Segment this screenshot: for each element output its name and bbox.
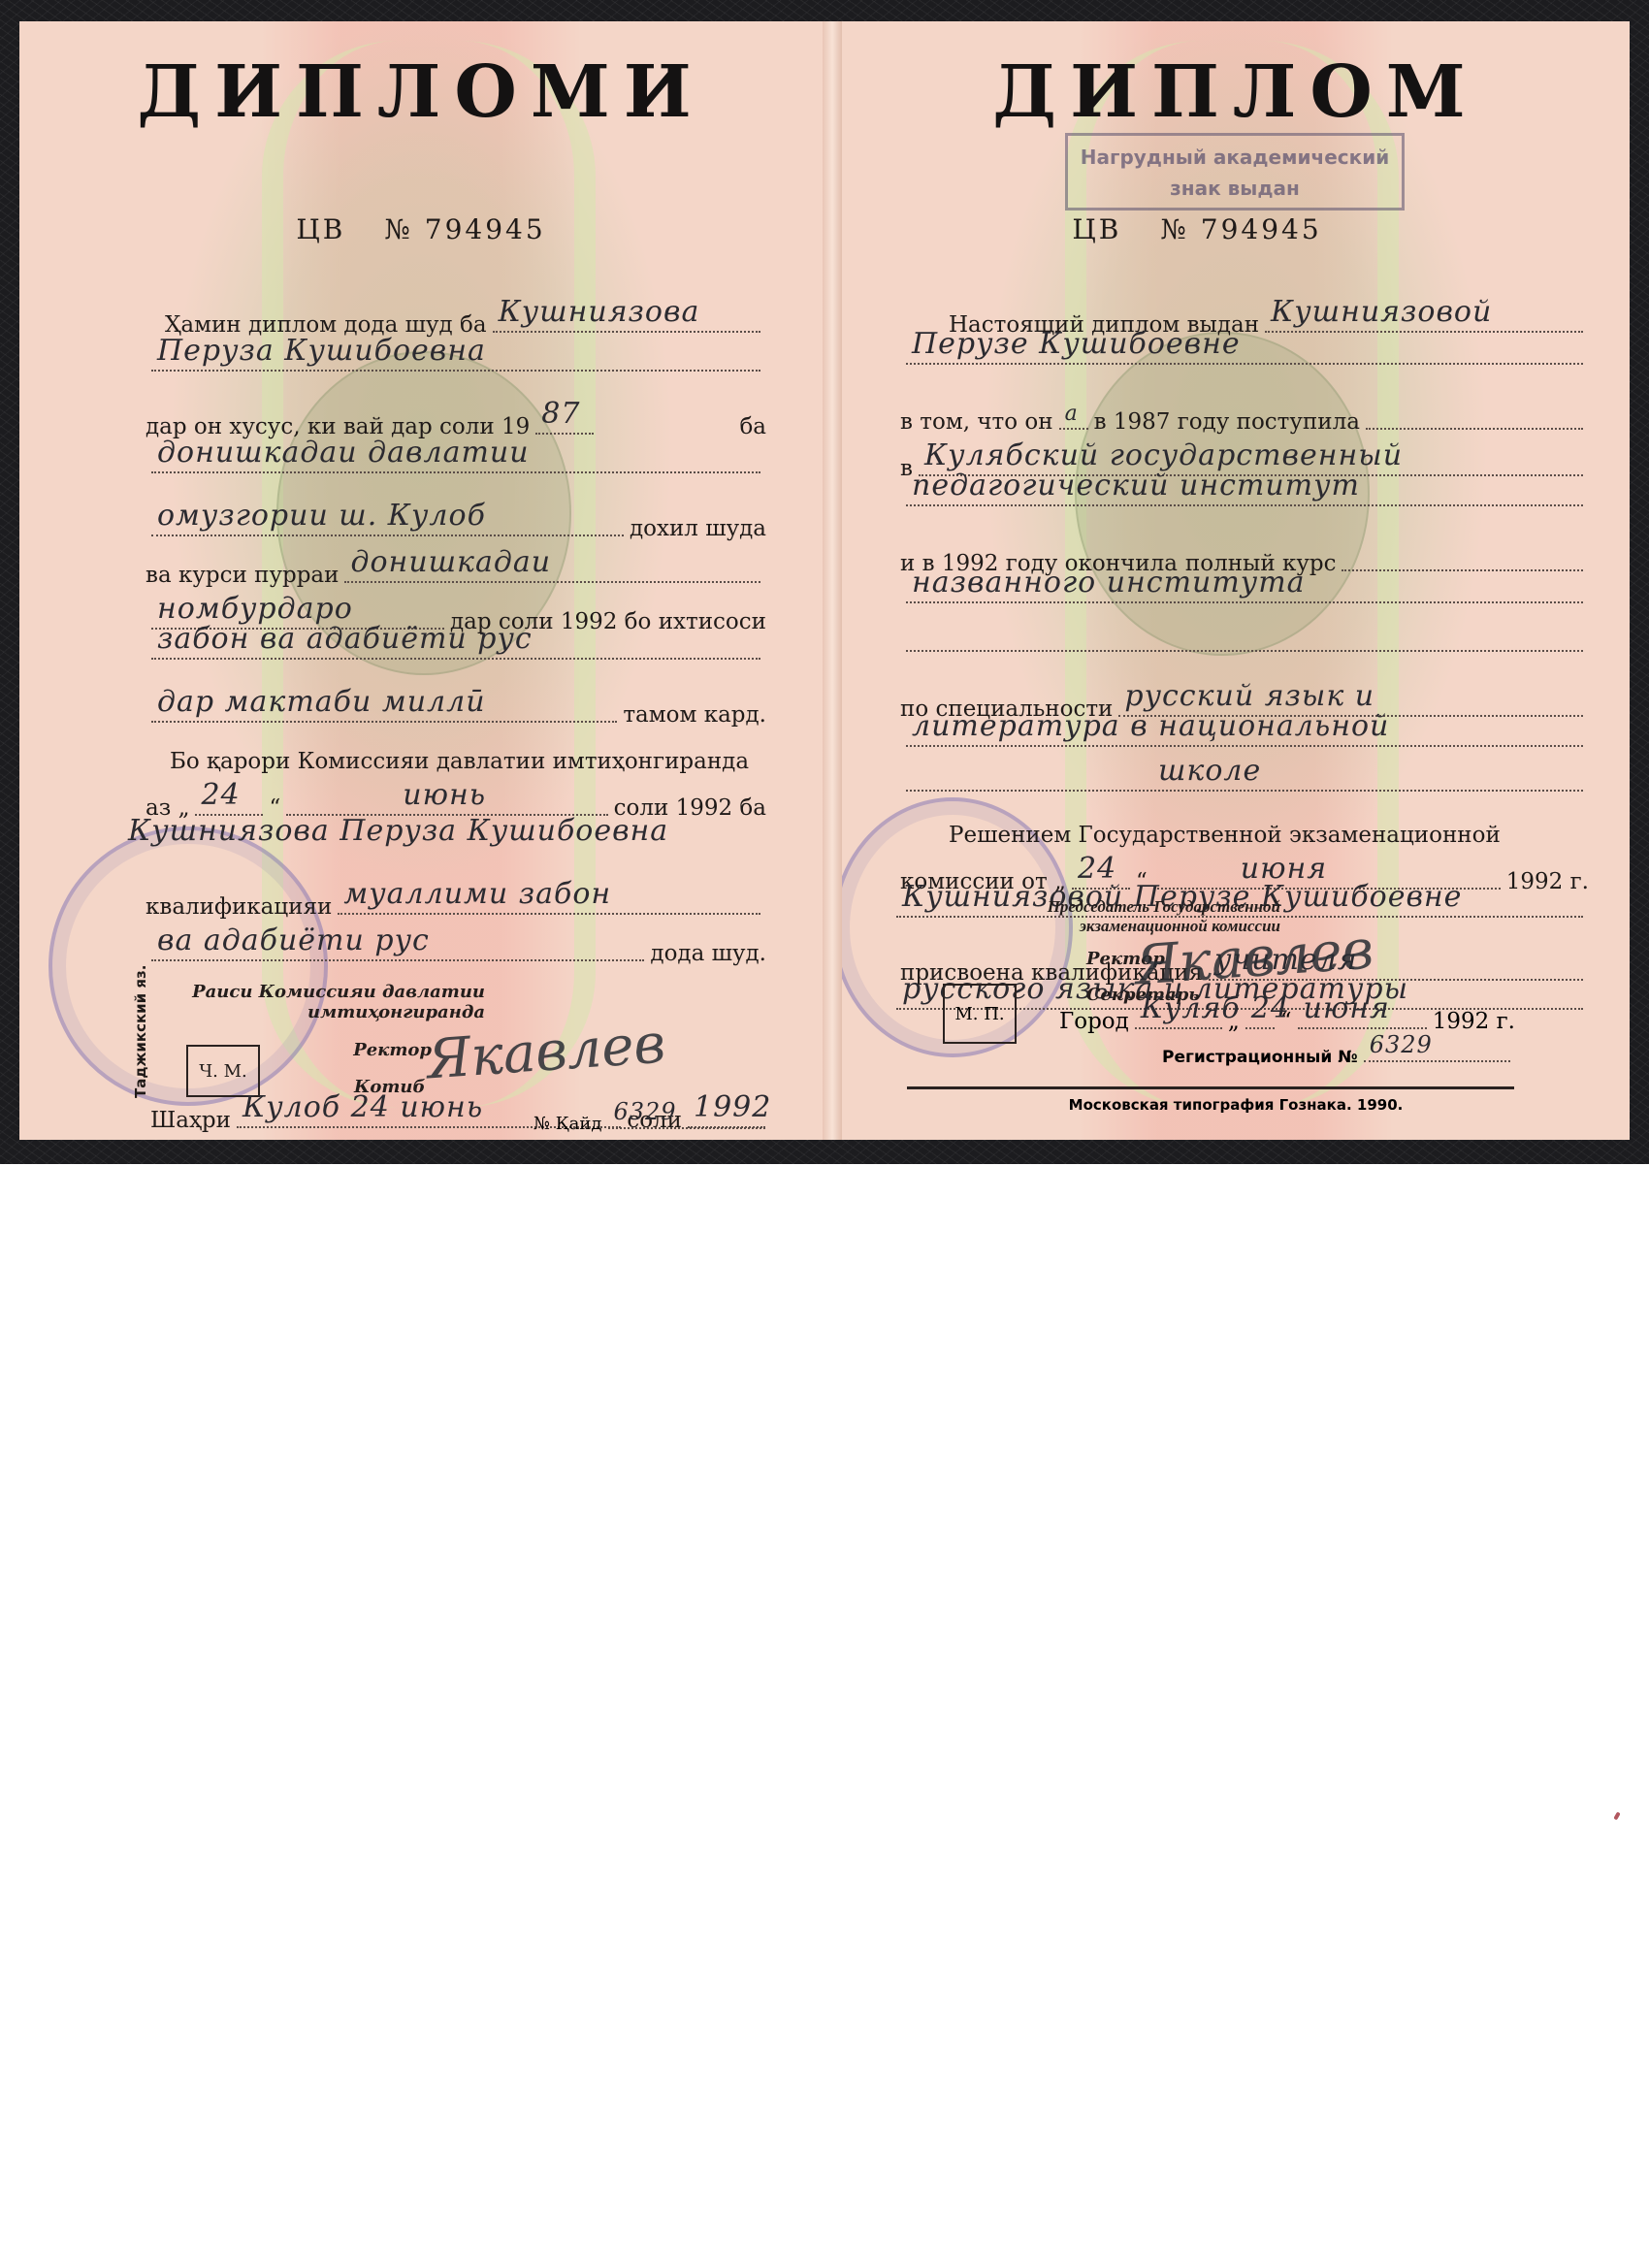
handwritten-value: номбурдаро [157, 592, 353, 626]
fill-line: муаллими забон [338, 911, 760, 915]
line-commission: Бо қарори Комиссияи давлатии имтиҳонгира… [170, 749, 766, 774]
fill-line: дар мактаби миллӣ [151, 719, 617, 723]
fill-line: Перуза Кушибоевна [151, 368, 760, 372]
line-institution-2: педагогический институт [900, 502, 1589, 511]
fill-line: Кушниязовой [1265, 329, 1583, 333]
label: Шаҳри [150, 1108, 231, 1133]
line-course-name: названного института [900, 599, 1589, 608]
fill-line: Кушниязова [493, 329, 760, 333]
handwritten-name: Кушниязова Перуза Кушибоевна [128, 814, 668, 848]
handwritten-day: 24 [201, 778, 240, 812]
handwritten-institution: омузгории ш. Кулоб [157, 499, 486, 533]
fill-line: донишкадаи давлатии [151, 470, 760, 473]
side-language-note: Таджикский яз. [132, 965, 149, 1098]
handwritten-specialty: литература в национальной [912, 709, 1389, 743]
diploma-page-tajik: ДИПЛОМИ ЦВ№ 794945 Ҳамин диплом дода шуд… [19, 21, 823, 1140]
line-registration: Регистрационный № 6329 [1162, 1048, 1516, 1067]
fill-line: 24 [1245, 1025, 1275, 1029]
fill-line: донишкадаи [344, 579, 760, 583]
handwritten-institution: Кулябский государственный [924, 438, 1403, 472]
diploma-serial-number: ЦВ№ 794945 [842, 213, 1630, 245]
label: в 1987 году поступила [1094, 409, 1360, 435]
label: ба [739, 414, 766, 439]
diploma-serial-number: ЦВ№ 794945 [19, 213, 823, 245]
line-institution-1: донишкадаи давлатии [145, 470, 766, 478]
line-qualification: квалификацияи муаллими забон [145, 894, 766, 920]
line-decision: Решением Государственной экзаменационной [949, 823, 1589, 848]
fill-line: омузгории ш. Кулоб [151, 533, 624, 536]
label: имтиҳонгиранда [165, 1002, 485, 1022]
label: Регистрационный № [1162, 1048, 1358, 1067]
line-specialty-3: школе [900, 788, 1589, 796]
serial-number: 794945 [425, 213, 546, 245]
handwritten-specialty: русский язык и [1124, 679, 1374, 713]
handwritten-surname: Кушниязова [499, 295, 700, 329]
fill-line [1366, 426, 1583, 430]
label: 1992 г. [1433, 1009, 1515, 1034]
handwritten-reg-number: 6329 [1370, 1031, 1433, 1058]
label: Решением Государственной экзаменационной [949, 823, 1501, 848]
label: тамом кард. [623, 702, 766, 728]
fill-line: литература в национальной [906, 743, 1583, 747]
line-full-name: Перуза Кушибоевна [145, 368, 766, 376]
handwritten-value: названного института [912, 566, 1306, 599]
handwritten-institution: педагогический институт [912, 469, 1360, 502]
series-code: ЦВ [296, 213, 345, 245]
label: дохил шуда [630, 516, 766, 541]
seal-placeholder-box: М. П. [943, 984, 1017, 1044]
stamp-text: знак выдан [1068, 173, 1402, 204]
line-enrollment: в том, что он а в 1987 году поступила [900, 409, 1589, 435]
handwritten-month: июня [1304, 991, 1390, 1025]
handwritten-surname: Кушниязовой [1271, 295, 1492, 329]
line-course: ва курси пурраи донишкадаи [145, 563, 766, 588]
line-specialty-2: литература в национальной [900, 743, 1589, 752]
academic-badge-stamp: Нагрудный академический знак выдан [1065, 133, 1405, 211]
chair-label: Раиси Комиссияи давлатии имтиҳонгиранда [165, 982, 485, 1022]
fill-line: Куляб [1135, 1025, 1222, 1029]
handwritten-qualification: ва адабиёти рус [157, 923, 430, 957]
label: в том, что он [900, 409, 1053, 435]
fill-line: Перузе Кушибоевне [906, 361, 1583, 365]
label: дода шуд. [650, 941, 766, 966]
handwritten-suffix: а [1065, 402, 1079, 426]
number-sign: № [384, 213, 413, 245]
fill-line: ва адабиёти рус [151, 957, 644, 961]
fill-line: 6329 [608, 1125, 766, 1129]
handwritten-specialty: школе [1158, 754, 1261, 788]
line-registration-tajik: № Қайд 6329 [533, 1114, 771, 1134]
fill-line [1342, 567, 1583, 571]
fill-line: 6329 [1364, 1058, 1510, 1062]
line-institution-2: омузгории ш. Кулоб дохил шуда [145, 516, 766, 541]
handwritten-year: 87 [541, 397, 580, 431]
handwritten-value: донишкадаи [350, 545, 551, 579]
serial-number: 794945 [1201, 213, 1322, 245]
label: квалификацияи [145, 894, 332, 920]
line-graduate-name: Кушниязова Перуза Кушибоевна [116, 848, 766, 857]
line-city-date: Город Куляб „ 24 “ июня 1992 г. [1059, 1009, 1515, 1034]
line-qualification-2: ва адабиёти рус дода шуд. [145, 941, 766, 966]
footer-rule [907, 1086, 1514, 1089]
label: ва курси пурраи [145, 563, 339, 588]
stamp-text: Нагрудный академический [1068, 142, 1402, 173]
handwritten-specialty: забон ва адабиёти рус [157, 622, 533, 656]
handwritten-city: Куляб [1141, 991, 1241, 1025]
handwritten-day: 24 [1251, 991, 1290, 1025]
handwritten-month: июнь [403, 778, 486, 812]
label: Бо қарори Комиссияи давлатии имтиҳонгира… [170, 749, 749, 774]
number-sign: № [1160, 213, 1189, 245]
fill-line: педагогический институт [906, 502, 1583, 506]
line-blank [900, 648, 1589, 657]
label: Город [1059, 1009, 1129, 1034]
fill-line: Кушниязова Перуза Кушибоевна [122, 848, 760, 852]
page-title: ДИПЛОМИ [19, 50, 823, 134]
series-code: ЦВ [1072, 213, 1121, 245]
label: Председатель Государственной [931, 897, 1280, 917]
label: 1992 г. [1506, 869, 1589, 894]
label: № Қайд [533, 1114, 602, 1134]
label: Раиси Комиссияи давлатии [165, 982, 485, 1002]
line-specialty-2: дар мактаби миллӣ тамом кард. [145, 702, 766, 728]
printer-imprint: Московская типография Гознака. 1990. [842, 1096, 1630, 1114]
line-specialty-1: забон ва адабиёти рус [145, 656, 766, 664]
handwritten-qualification: муаллими забон [343, 877, 611, 911]
handwritten-specialty: дар мактаби миллӣ [157, 685, 486, 719]
fill-line: названного института [906, 599, 1583, 603]
fill-line: школе [906, 788, 1583, 792]
handwritten-city-date: Кулоб 24 июнь [242, 1090, 483, 1124]
handwritten-institution: донишкадаи давлатии [157, 436, 530, 470]
fill-line: а [1059, 426, 1088, 430]
seal-placeholder-box: Ч. М. [186, 1045, 260, 1097]
scan-artifact [1613, 1812, 1620, 1821]
handwritten-name: Перуза Кушибоевна [157, 334, 486, 368]
rector-label: Ректор [339, 1040, 432, 1060]
label: в [900, 456, 913, 481]
line-full-name: Перузе Кушибоевне [900, 361, 1589, 370]
page-title: ДИПЛОМ [842, 50, 1630, 134]
book-spine [823, 21, 842, 1140]
fill-line: июня [1298, 1025, 1427, 1029]
fill-line [906, 648, 1583, 652]
fill-line: 87 [535, 431, 594, 435]
fill-line: забон ва адабиёти рус [151, 656, 760, 660]
handwritten-name: Перузе Кушибоевне [912, 327, 1241, 361]
handwritten-reg-number: 6329 [614, 1098, 677, 1125]
